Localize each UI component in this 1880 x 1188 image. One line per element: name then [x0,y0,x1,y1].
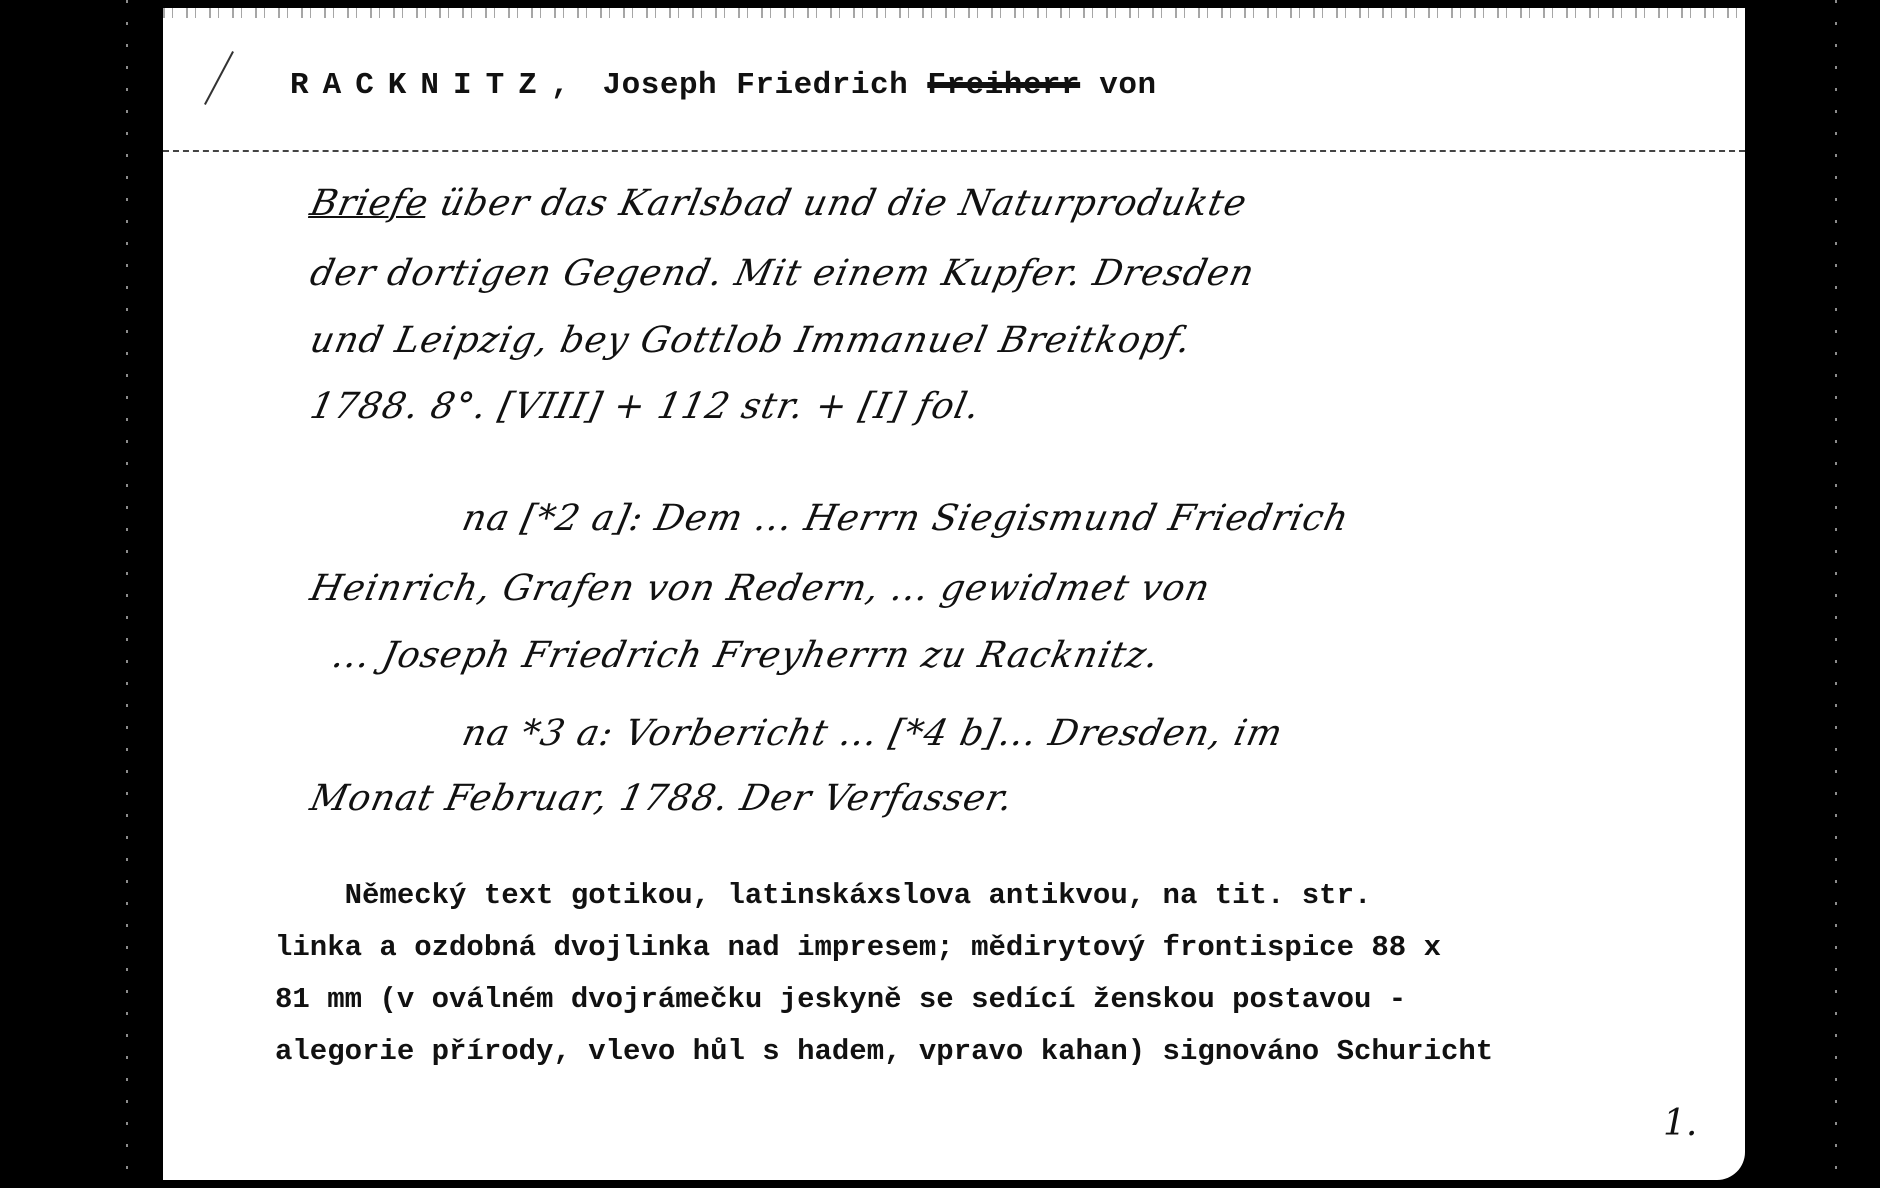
handwritten-line: 1788. 8°. [VIII] + 112 str. + [I] fol. [307,386,984,427]
author-given-names: Joseph Friedrich [603,68,909,103]
handwritten-line: Monat Februar, 1788. Der Verfasser. [307,778,1017,819]
scan-noise [163,8,1745,18]
struck-out-word: Freiherr [927,68,1080,103]
catalog-card: RACKNITZ, Joseph Friedrich Freiherr von … [163,8,1745,1180]
handwritten-line: na [*2 a]: Dem ... Herrn Siegismund Frie… [459,498,1353,539]
handwritten-line: ... Joseph Friedrich Freyherrn zu Rackni… [329,635,1164,676]
margin-pencil-mark [204,51,234,105]
title-word: Briefe [307,183,433,224]
scan-edge-stripe [1835,0,1837,1188]
author-particle: von [1099,68,1156,103]
page-number: 1. [1663,1103,1697,1144]
handwritten-line: Heinrich, Grafen von Redern, ... gewidme… [307,568,1214,609]
handwritten-line: na *3 a: Vorbericht ... [*4 b]... Dresde… [459,713,1287,754]
handwritten-line: der dortigen Gegend. Mit einem Kupfer. D… [307,253,1259,294]
heading-separator [163,150,1745,152]
typed-description: Německý text gotikou, latinskáxslova ant… [275,870,1493,1078]
author-surname: RACKNITZ, [290,68,583,103]
scan-edge-stripe [126,0,128,1188]
handwritten-line: und Leipzig, bey Gottlob Immanuel Breitk… [307,320,1195,361]
card-heading: RACKNITZ, Joseph Friedrich Freiherr von [290,68,1157,103]
handwritten-line: Briefe über das Karlsbad und die Naturpr… [307,183,1251,224]
